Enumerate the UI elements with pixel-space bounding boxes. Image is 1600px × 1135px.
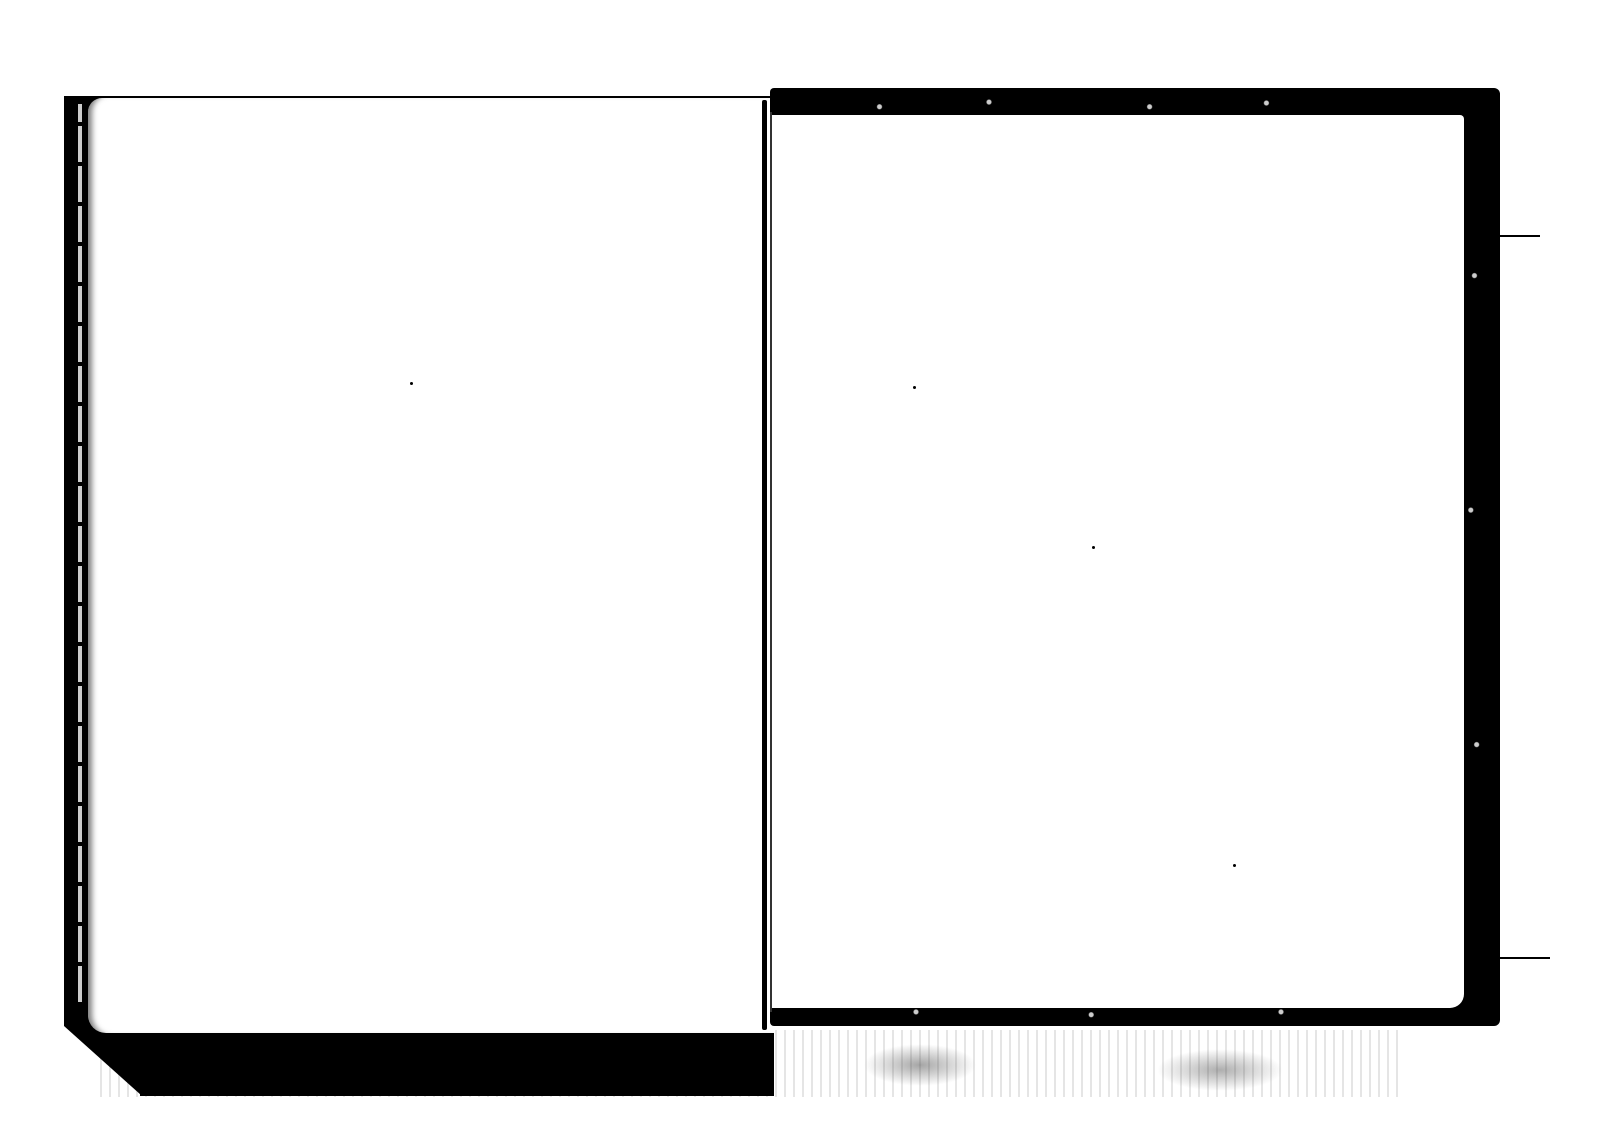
left-page xyxy=(88,98,774,1033)
margin-tick-mark xyxy=(1500,957,1550,959)
left-page-fore-edge xyxy=(78,104,82,1004)
margin-tick-mark xyxy=(1500,235,1540,237)
dust-speck xyxy=(1092,546,1095,549)
right-page xyxy=(772,115,1464,1008)
left-bottom-shadow xyxy=(140,1040,510,1096)
dust-speck xyxy=(913,386,916,389)
dust-speck xyxy=(410,382,413,385)
book-gutter xyxy=(762,100,767,1030)
book-gutter-inner xyxy=(770,112,772,1012)
scanned-book-spread xyxy=(0,0,1600,1135)
dust-speck xyxy=(1233,864,1236,867)
